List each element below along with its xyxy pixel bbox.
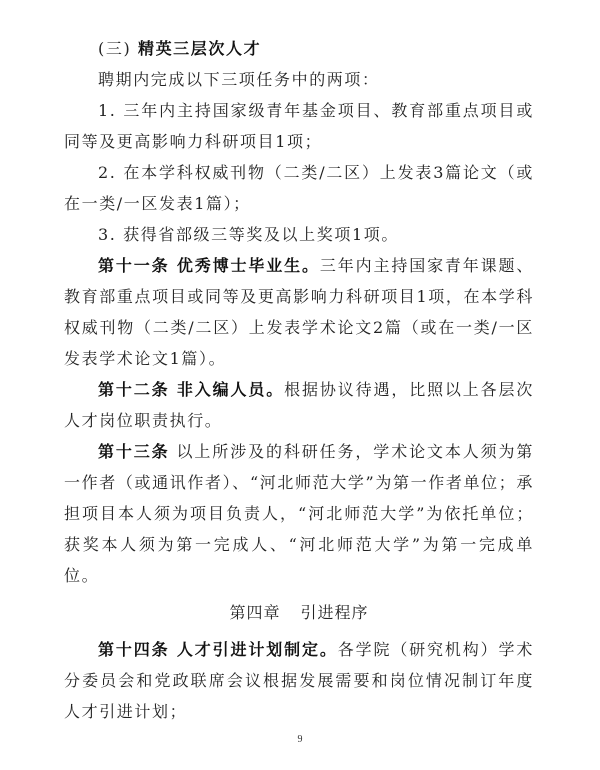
section-number: (三) bbox=[98, 39, 131, 58]
article-11: 第十一条 优秀博士毕业生。三年内主持国家青年课题、教育部重点项目或同等及更高影响… bbox=[64, 250, 534, 374]
article-12: 第十二条 非入编人员。根据协议待遇，比照以上各层次人才岗位职责执行。 bbox=[64, 374, 534, 436]
list-item-2: 2. 在本学科权威刊物（二类/二区）上发表3篇论文（或在一类/一区发表1篇）； bbox=[64, 157, 534, 219]
article-13-text: 以上所涉及的科研任务，学术论文本人须为第一作者（或通讯作者）、“河北师范大学”为… bbox=[64, 442, 534, 585]
article-13: 第十三条 以上所涉及的科研任务，学术论文本人须为第一作者（或通讯作者）、“河北师… bbox=[64, 436, 534, 591]
chapter-number: 第四章 bbox=[229, 603, 280, 622]
article-13-label: 第十三条 bbox=[98, 442, 170, 461]
article-14-label: 第十四条 人才引进计划制定。 bbox=[98, 640, 338, 659]
article-12-label: 第十二条 非入编人员。 bbox=[98, 380, 284, 399]
intro-paragraph: 聘期内完成以下三项任务中的两项： bbox=[64, 64, 534, 95]
chapter-title: 引进程序 bbox=[301, 603, 369, 622]
list-item-1: 1. 三年内主持国家级青年基金项目、教育部重点项目或同等及更高影响力科研项目1项… bbox=[64, 95, 534, 157]
document-body: (三) 精英三层次人才 聘期内完成以下三项任务中的两项： 1. 三年内主持国家级… bbox=[64, 33, 534, 727]
section-heading: (三) 精英三层次人才 bbox=[64, 33, 534, 64]
document-page: (三) 精英三层次人才 聘期内完成以下三项任务中的两项： 1. 三年内主持国家级… bbox=[0, 0, 600, 770]
section-title: 精英三层次人才 bbox=[138, 39, 261, 58]
page-number: 9 bbox=[0, 734, 600, 745]
article-14: 第十四条 人才引进计划制定。各学院（研究机构）学术分委员会和党政联席会议根据发展… bbox=[64, 634, 534, 727]
list-item-3: 3. 获得省部级三等奖及以上奖项1项。 bbox=[64, 219, 534, 250]
chapter-heading: 第四章引进程序 bbox=[64, 597, 534, 628]
article-11-label: 第十一条 优秀博士毕业生。 bbox=[98, 256, 320, 275]
